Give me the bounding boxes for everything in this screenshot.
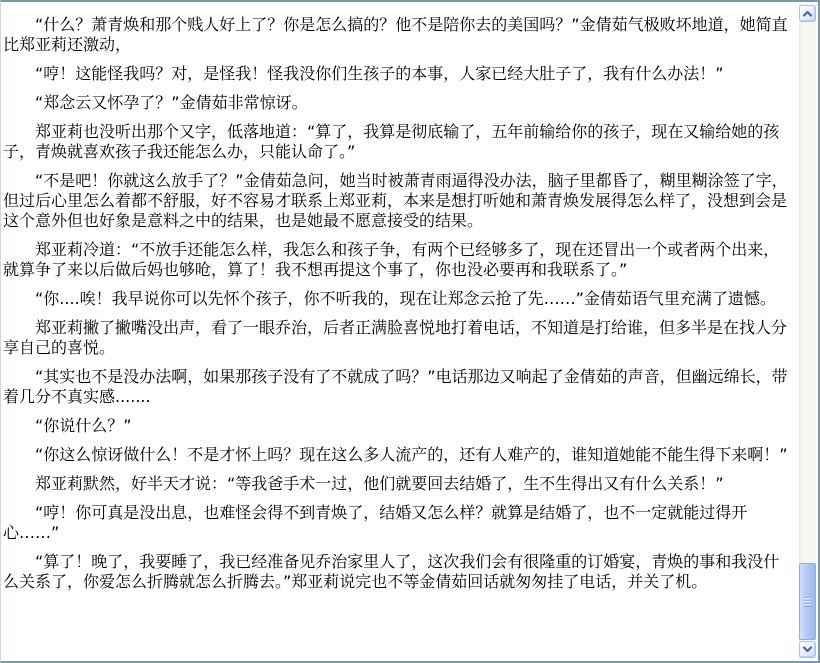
novel-paragraph: “哼！你可真是没出息，也难怪会得不到青焕了，结婚又怎么样？就算是结婚了，也不一定… [3, 503, 793, 543]
scrollbar-thumb-grip [804, 597, 811, 607]
novel-paragraph: “什么？萧青焕和那个贱人好上了？你是怎么搞的？他不是陪你去的美国吗？”金倩茹气极… [3, 15, 793, 55]
novel-paragraph: “郑念云又怀孕了？”金倩茹非常惊讶。 [3, 93, 793, 113]
novel-paragraph: “你这么惊讶做什么！不是才怀上吗？现在这么多人流产的，还有人难产的，谁知道她能不… [3, 445, 793, 465]
novel-page: “什么？萧青焕和那个贱人好上了？你是怎么搞的？他不是陪你去的美国吗？”金倩茹气极… [0, 0, 820, 663]
novel-paragraph: 郑亚莉也没听出那个又字，低落地道：“算了，我算是彻底输了，五年前输给你的孩子，现… [3, 122, 793, 162]
scroll-up-button[interactable] [799, 5, 816, 22]
novel-paragraph: “算了！晚了，我要睡了，我已经准备见乔治家里人了，这次我们会有很隆重的订婚宴，青… [3, 552, 793, 592]
novel-paragraph: “哼！这能怪我吗？对，是怪我！怪我没你们生孩子的本事，人家已经大肚子了，我有什么… [3, 64, 793, 84]
vertical-scrollbar[interactable] [799, 4, 816, 659]
novel-paragraph: “其实也不是没办法啊，如果那孩子没有了不就成了吗？”电话那边又响起了金倩茹的声音… [3, 367, 793, 407]
scrollbar-thumb[interactable] [799, 563, 816, 640]
novel-paragraph: “不是吧！你就这么放手了？”金倩茹急问，她当时被萧青雨逼得没办法，脑子里都昏了，… [3, 171, 793, 231]
chevron-down-icon [802, 645, 813, 654]
chevron-up-icon [802, 9, 813, 18]
novel-paragraph: 郑亚莉默然，好半天才说：“等我爸手术一过，他们就要回去结婚了，生不生得出又有什么… [3, 474, 793, 494]
novel-paragraph: 郑亚莉撇了撇嘴没出声，看了一眼乔治，后者正满脸喜悦地打着电话，不知道是打给谁，但… [3, 318, 793, 358]
novel-text-area: “什么？萧青焕和那个贱人好上了？你是怎么搞的？他不是陪你去的美国吗？”金倩茹气极… [1, 2, 797, 661]
novel-paragraph: “你....唉！我早说你可以先怀个孩子，你不听我的，现在让郑念云抢了先……”金倩… [3, 289, 793, 309]
novel-paragraph: 郑亚莉冷道：“不放手还能怎么样，我怎么和孩子争，有两个已经够多了，现在还冒出一个… [3, 240, 793, 280]
novel-paragraph: “你说什么？” [3, 416, 793, 436]
scroll-down-button[interactable] [799, 641, 816, 658]
